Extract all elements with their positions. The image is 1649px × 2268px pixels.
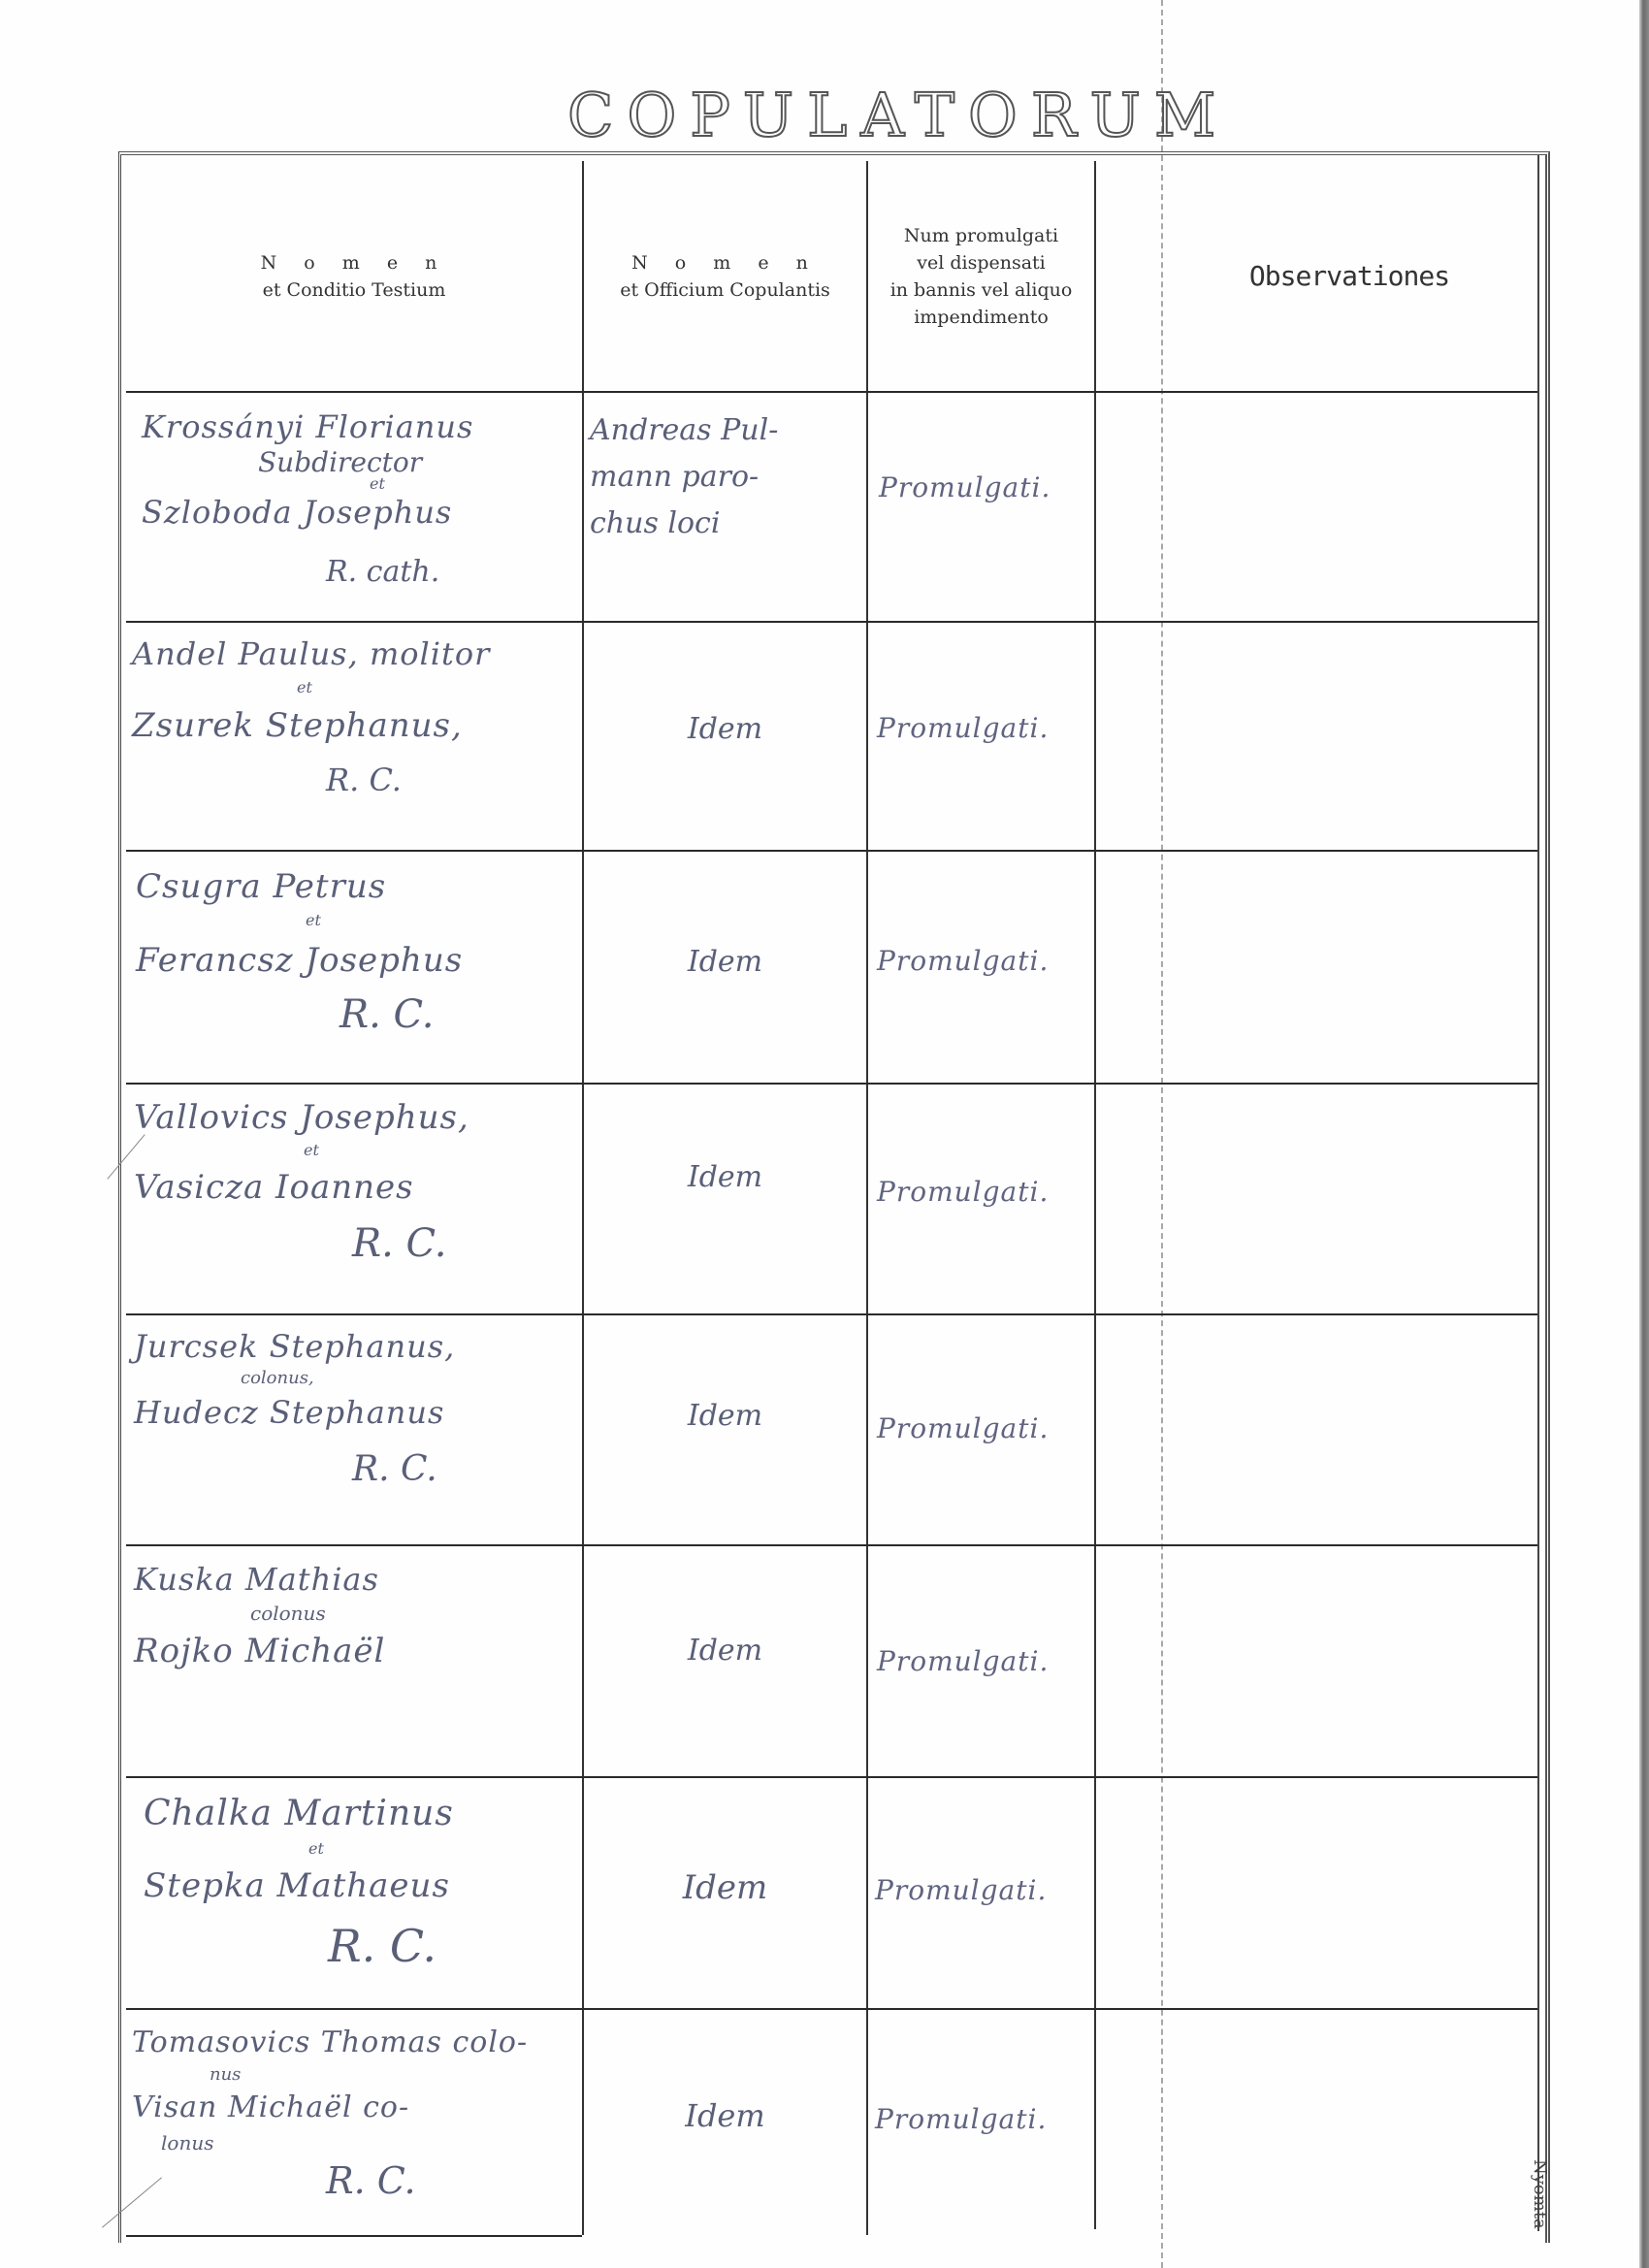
row-6-witnesses: Kuska Mathias colonus Rojko Michaël bbox=[134, 1558, 385, 1676]
row-8-witnesses: Tomasovics Thomas colo- nus Visan Michaë… bbox=[132, 2022, 528, 2206]
row-1-witnesses: Krossányi Florianus Subdirector et Szlob… bbox=[142, 405, 473, 611]
header-witnesses-line2: et Conditio Testium bbox=[263, 279, 446, 301]
row-1-copulant: Andreas Pul- mann paro- chus loci bbox=[590, 407, 861, 547]
conjunction: et bbox=[144, 1835, 454, 1863]
row-rule-3 bbox=[126, 1083, 1537, 1085]
witness-name: Csugra Petrus bbox=[136, 865, 463, 908]
header-copulant-line1: N o m e n bbox=[631, 252, 819, 274]
header-copulant-line2: et Officium Copulantis bbox=[620, 279, 830, 301]
header-witnesses-line1: N o m e n bbox=[261, 252, 448, 274]
row-rule-1 bbox=[126, 621, 1537, 623]
row-2-witnesses: Andel Paulus, molitor et Zsurek Stephanu… bbox=[132, 632, 490, 809]
header-observations-label: Observationes bbox=[1249, 260, 1449, 292]
witness-name: Visan Michaël co- bbox=[132, 2086, 528, 2130]
row-1-banns: Promulgati. bbox=[879, 471, 1051, 503]
column-divider-3 bbox=[1094, 161, 1096, 2229]
witness-name: Kuska Mathias bbox=[134, 1558, 385, 1601]
column-divider-2 bbox=[866, 161, 868, 2235]
marriage-register-table: N o m e n et Conditio Testium N o m e n … bbox=[118, 151, 1550, 2237]
row-7-banns: Promulgati. bbox=[875, 1874, 1047, 1906]
row-4-banns: Promulgati. bbox=[877, 1176, 1049, 1208]
column-divider-1 bbox=[582, 161, 584, 2235]
row-3-witnesses: Csugra Petrus et Ferancsz Josephus R. C. bbox=[136, 865, 463, 1042]
row-2-copulant: Idem bbox=[584, 712, 866, 746]
header-rule bbox=[126, 391, 1537, 393]
conjunction: et bbox=[132, 675, 490, 700]
witness-name: Tomasovics Thomas colo- bbox=[132, 2022, 528, 2064]
copulant-line: Andreas Pul- bbox=[590, 407, 861, 454]
conjunction: et bbox=[142, 477, 473, 491]
witness-religion: R. cath. bbox=[142, 534, 473, 611]
column-divider-inner-right bbox=[1537, 155, 1539, 2231]
witness-name: Rojko Michaël bbox=[134, 1626, 385, 1676]
header-witnesses: N o m e n et Conditio Testium bbox=[126, 161, 582, 391]
row-8-copulant: Idem bbox=[584, 2097, 866, 2134]
row-rule-4 bbox=[126, 1313, 1537, 1315]
row-7-copulant: Idem bbox=[584, 1868, 866, 1907]
row-6-banns: Promulgati. bbox=[877, 1645, 1049, 1677]
row-rule-2 bbox=[126, 850, 1537, 852]
witness-occupation: lonus bbox=[132, 2130, 528, 2155]
row-3-banns: Promulgati. bbox=[877, 945, 1049, 977]
row-rule-5 bbox=[126, 1544, 1537, 1546]
conjunction: et bbox=[134, 1139, 469, 1162]
printer-mark: Nyomta bbox=[1530, 2159, 1550, 2229]
row-rule-7 bbox=[126, 2008, 1537, 2010]
witness-religion: R. C. bbox=[132, 2155, 528, 2206]
row-5-copulant: Idem bbox=[584, 1399, 866, 1433]
header-banns-line4: impendimento bbox=[914, 304, 1049, 331]
witness-religion: R. C. bbox=[136, 988, 463, 1042]
copulant-line: mann paro- bbox=[590, 454, 861, 501]
header-observations: Observationes bbox=[1161, 161, 1537, 391]
witness-name: Vasicza Ioannes bbox=[134, 1162, 469, 1213]
witness-occupation: colonus bbox=[134, 1601, 385, 1626]
witness-name: Zsurek Stephanus, bbox=[132, 700, 490, 751]
row-5-witnesses: Jurcsek Stephanus, colonus, Hudecz Steph… bbox=[134, 1325, 455, 1504]
witness-religion: R. C. bbox=[134, 1213, 469, 1275]
row-rule-6 bbox=[126, 1776, 1537, 1778]
witness-name: Vallovics Josephus, bbox=[134, 1096, 469, 1139]
witness-name: Stepka Mathaeus bbox=[144, 1863, 454, 1909]
scan-edge-shadow bbox=[1639, 0, 1649, 2268]
witness-occupation: Subdirector bbox=[142, 448, 473, 477]
witness-religion: R. C. bbox=[134, 1436, 455, 1504]
row-5-banns: Promulgati. bbox=[877, 1412, 1049, 1444]
witness-name: Jurcsek Stephanus, bbox=[134, 1325, 455, 1368]
witness-religion: R. C. bbox=[144, 1909, 454, 1983]
row-7-witnesses: Chalka Martinus et Stepka Mathaeus R. C. bbox=[144, 1793, 454, 1983]
witness-name: Szloboda Josephus bbox=[142, 491, 473, 534]
witness-name: Hudecz Stephanus bbox=[134, 1389, 455, 1436]
row-rule-8 bbox=[126, 2235, 582, 2237]
row-8-banns: Promulgati. bbox=[875, 2103, 1047, 2135]
copulant-line: chus loci bbox=[590, 501, 861, 547]
row-6-copulant: Idem bbox=[584, 1634, 866, 1668]
row-4-copulant: Idem bbox=[584, 1160, 866, 1194]
page-title: COPULATORUM bbox=[567, 80, 1111, 150]
row-3-copulant: Idem bbox=[584, 945, 866, 979]
witness-occupation: nus bbox=[132, 2064, 528, 2086]
header-banns-line2: vel dispensati bbox=[917, 249, 1046, 276]
witness-name: Chalka Martinus bbox=[144, 1793, 454, 1835]
witness-name: Andel Paulus, molitor bbox=[132, 632, 490, 675]
witness-religion: R. C. bbox=[132, 751, 490, 809]
header-copulant: N o m e n et Officium Copulantis bbox=[584, 161, 866, 391]
header-banns-line3: in bannis vel aliquo bbox=[890, 276, 1073, 304]
witness-occupation: colonus, bbox=[134, 1368, 455, 1389]
header-banns: Num promulgati vel dispensati in bannis … bbox=[868, 161, 1094, 391]
register-page: COPULATORUM N o m e n et Conditio Testiu… bbox=[0, 0, 1649, 2268]
row-2-banns: Promulgati. bbox=[877, 712, 1049, 744]
row-4-witnesses: Vallovics Josephus, et Vasicza Ioannes R… bbox=[134, 1096, 469, 1275]
header-banns-line1: Num promulgati bbox=[904, 222, 1058, 249]
conjunction: et bbox=[136, 908, 463, 933]
witness-name: Krossányi Florianus bbox=[142, 405, 473, 448]
witness-name: Ferancsz Josephus bbox=[136, 933, 463, 988]
